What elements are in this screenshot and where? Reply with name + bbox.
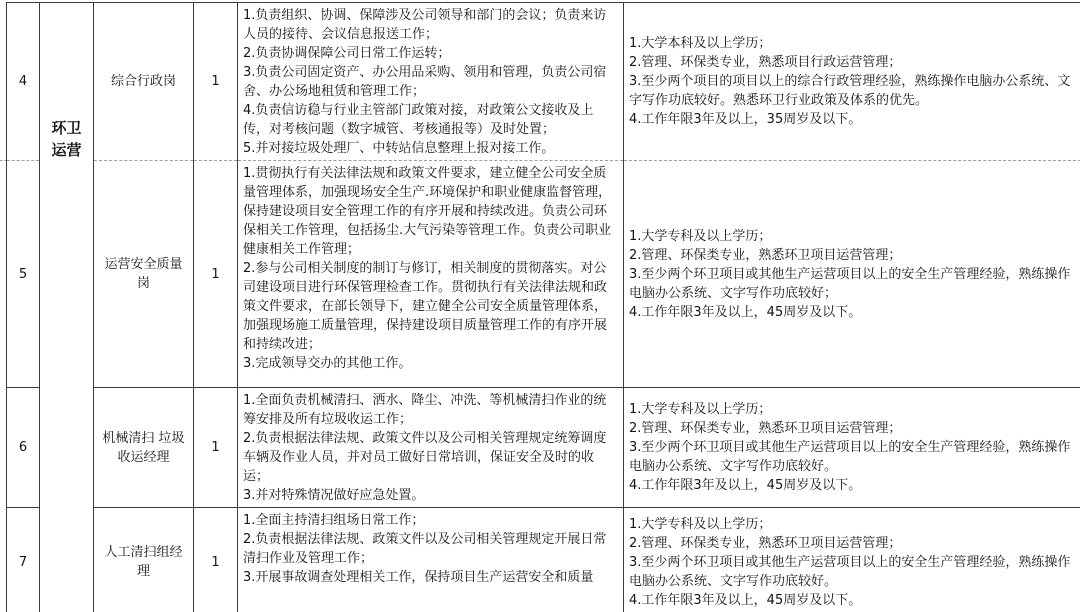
duty-item: 5.并对接垃圾处理厂、中转站信息整理上报对接工作。 — [243, 139, 618, 158]
duties-cell: 1.贯彻执行有关法律法规和政策文件要求，建立健全公司安全质量管理体系，加强现场安… — [238, 161, 624, 388]
duty-item: 3.完成领导交办的其他工作。 — [243, 354, 618, 373]
requirement-item: 3.至少两个环卫项目或其他生产运营项目以上的安全生产管理经验，熟练操作电脑办公系… — [629, 265, 1076, 303]
seq-cell: 5 — [7, 161, 40, 388]
duty-item: 1.全面负责机械清扫、洒水、降尘、冲洗、等机械清扫作业的统筹安排及所有垃圾收运工… — [243, 391, 618, 429]
duty-item: 3.并对特殊情况做好应急处置。 — [243, 486, 618, 505]
requirement-item: 2.管理、环保类专业，熟悉环卫项目运营管理； — [629, 419, 1076, 438]
duty-item: 1.贯彻执行有关法律法规和政策文件要求，建立健全公司安全质量管理体系，加强现场安… — [243, 164, 618, 259]
requirement-item: 2.管理、环保类专业，熟悉项目行政运营管理； — [629, 53, 1076, 72]
table-row: 6 机械清扫 垃圾收运经理 1 1.全面负责机械清扫、洒水、降尘、冲洗、等机械清… — [7, 388, 1080, 508]
requirement-item: 4.工作年限3年及以上，45周岁及以下。 — [629, 303, 1076, 322]
duty-item: 2.参与公司相关制度的制订与修订，相关制度的贯彻落实。对公司建设项目进行环保管理… — [243, 259, 618, 354]
requirement-item: 4.工作年限3年及以上，45周岁及以下。 — [629, 591, 1076, 610]
seq-cell: 7 — [7, 508, 40, 612]
duty-item: 3.开展事故调查处理相关工作，保持项目生产运营安全和质量 — [243, 568, 618, 587]
duty-item: 3.负责公司固定资产、办公用品采购、领用和管理，负责公司宿舍、办公场地租赁和管理… — [243, 63, 618, 101]
category-line: 环卫 — [40, 117, 93, 139]
headcount-cell: 1 — [194, 161, 238, 388]
headcount-cell: 1 — [194, 3, 238, 161]
position-cell: 机械清扫 垃圾收运经理 — [94, 388, 194, 508]
position-cell: 人工清扫组经理 — [94, 508, 194, 612]
requirement-item: 1.大学专科及以上学历； — [629, 400, 1076, 419]
requirement-item: 1.大学专科及以上学历； — [629, 227, 1076, 246]
requirement-item: 3.至少两个环卫项目或其他生产运营项目以上的安全生产管理经验，熟练操作电脑办公系… — [629, 553, 1076, 591]
position-cell: 综合行政岗 — [94, 3, 194, 161]
seq-cell: 6 — [7, 388, 40, 508]
headcount-cell: 1 — [194, 508, 238, 612]
duties-cell: 1.全面主持清扫组场日常工作； 2.负责根据法律法规、政策文件以及公司相关管理规… — [238, 508, 624, 612]
requirement-item: 2.管理、环保类专业，熟悉环卫项目运营管理； — [629, 534, 1076, 553]
requirement-item: 2.管理、环保类专业，熟悉环卫项目运营管理； — [629, 246, 1076, 265]
recruitment-table: 4 环卫 运营 综合行政岗 1 1.负责组织、协调、保障涉及公司领导和部门的会议… — [6, 2, 1080, 612]
duty-item: 2.负责协调保障公司日常工作运转； — [243, 44, 618, 63]
duty-item: 1.全面主持清扫组场日常工作； — [243, 511, 618, 530]
seq-cell: 4 — [7, 3, 40, 161]
table-row: 5 运营安全质量岗 1 1.贯彻执行有关法律法规和政策文件要求，建立健全公司安全… — [7, 161, 1080, 388]
requirement-item: 3.至少两个项目的项目以上的综合行政管理经验，熟练操作电脑办公系统、文字写作功底… — [629, 72, 1076, 110]
duty-item: 2.负责根据法律法规、政策文件以及公司相关管理规定统筹调度车辆及作业人员，并对员… — [243, 429, 618, 486]
requirements-cell: 1.大学专科及以上学历； 2.管理、环保类专业，熟悉环卫项目运营管理； 3.至少… — [624, 161, 1080, 388]
table-row: 7 人工清扫组经理 1 1.全面主持清扫组场日常工作； 2.负责根据法律法规、政… — [7, 508, 1080, 612]
requirement-item: 3.至少两个环卫项目或其他生产运营项目以上的安全生产管理经验，熟练操作电脑办公系… — [629, 438, 1076, 476]
requirements-cell: 1.大学专科及以上学历； 2.管理、环保类专业，熟悉环卫项目运营管理； 3.至少… — [624, 388, 1080, 508]
requirements-cell: 1.大学本科及以上学历； 2.管理、环保类专业，熟悉项目行政运营管理； 3.至少… — [624, 3, 1080, 161]
duty-item: 4.负责信访稳与行业主管部门政策对接，对政策公文接收及上传，对考核问题（数字城管… — [243, 101, 618, 139]
requirements-cell: 1.大学专科及以上学历； 2.管理、环保类专业，熟悉环卫项目运营管理； 3.至少… — [624, 508, 1080, 612]
requirement-item: 1.大学本科及以上学历； — [629, 34, 1076, 53]
position-cell: 运营安全质量岗 — [94, 161, 194, 388]
duty-item: 2.负责根据法律法规、政策文件以及公司相关管理规定开展日常清扫作业及管理工作； — [243, 530, 618, 568]
requirement-item: 4.工作年限3年及以上，45周岁及以下。 — [629, 476, 1076, 495]
category-cell: 环卫 运营 — [40, 3, 94, 612]
duty-item: 1.负责组织、协调、保障涉及公司领导和部门的会议；负责来访人员的接待、会议信息报… — [243, 6, 618, 44]
duties-cell: 1.全面负责机械清扫、洒水、降尘、冲洗、等机械清扫作业的统筹安排及所有垃圾收运工… — [238, 388, 624, 508]
requirement-item: 4.工作年限3年及以上，35周岁及以下。 — [629, 110, 1076, 129]
table-row: 4 环卫 运营 综合行政岗 1 1.负责组织、协调、保障涉及公司领导和部门的会议… — [7, 3, 1080, 161]
document-page: 4 环卫 运营 综合行政岗 1 1.负责组织、协调、保障涉及公司领导和部门的会议… — [0, 0, 1080, 612]
category-line: 运营 — [40, 139, 93, 161]
duties-cell: 1.负责组织、协调、保障涉及公司领导和部门的会议；负责来访人员的接待、会议信息报… — [238, 3, 624, 161]
requirement-item: 1.大学专科及以上学历； — [629, 515, 1076, 534]
headcount-cell: 1 — [194, 388, 238, 508]
